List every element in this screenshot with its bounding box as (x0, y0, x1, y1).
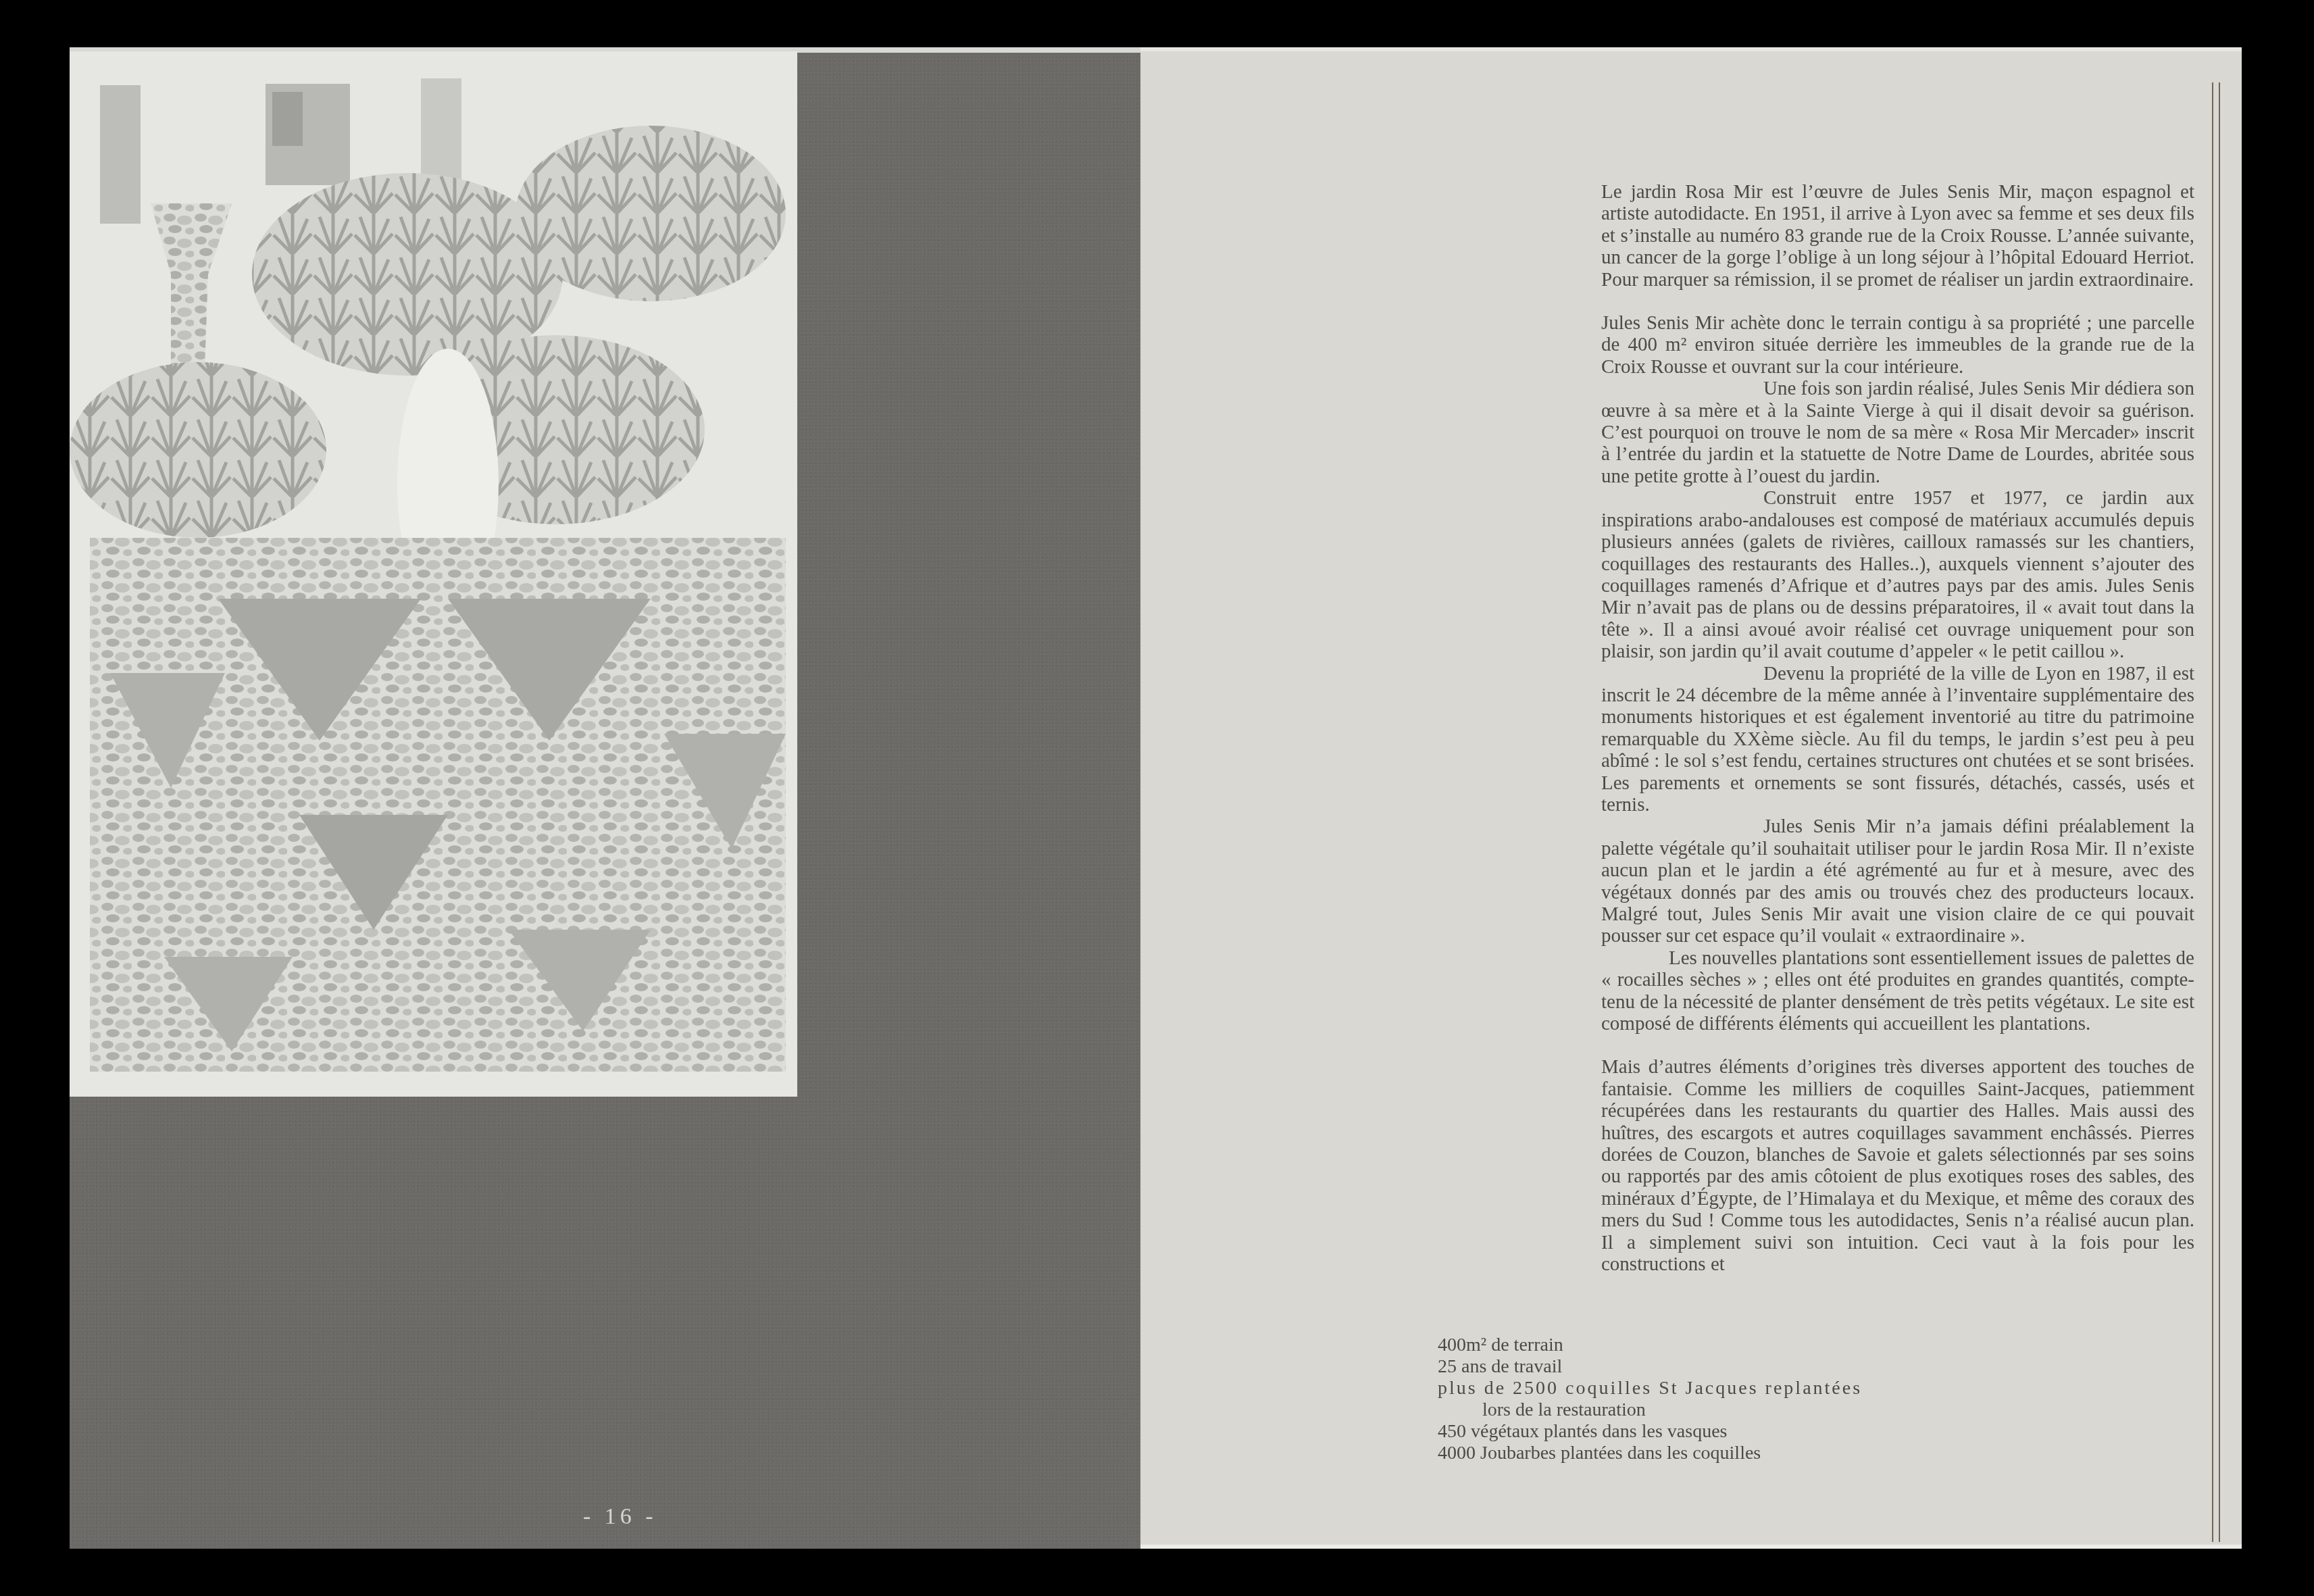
page-edge-line (2212, 82, 2213, 1542)
right-page: Le jardin Rosa Mir est l’œuvre de Jules … (1140, 47, 2242, 1549)
fact-item: plus de 2500 coquilles St Jacques replan… (1438, 1378, 1862, 1399)
page-bottom-edge (1140, 1545, 2242, 1549)
page-number: - 16 - (583, 1504, 657, 1530)
page-edge-line (2219, 82, 2220, 1542)
key-figures-list: 400m² de terrain 25 ans de travail plus … (1438, 1335, 1862, 1464)
left-page: - 16 - (70, 47, 1145, 1549)
paragraph-plant-palette: Jules Senis Mir n’a jamais défini préala… (1601, 816, 2194, 947)
paragraph-terrain: Jules Senis Mir achète donc le terrain c… (1601, 312, 2194, 378)
paragraph-intro: Le jardin Rosa Mir est l’œuvre de Jules … (1601, 181, 2194, 291)
fact-item-continuation: lors de la restauration (1438, 1399, 1862, 1421)
photo-illustration (70, 51, 797, 1097)
paragraph-construction: Construit entre 1957 et 1977, ce jardin … (1601, 487, 2194, 662)
paragraph-new-plantings: Les nouvelles plantations sont essentiel… (1601, 947, 2194, 1035)
fact-item: 450 végétaux plantés dans les vasques (1438, 1421, 1862, 1443)
paragraph-materials: Mais d’autres éléments d’origines très d… (1601, 1056, 2194, 1275)
paragraph-dedication: Une fois son jardin réalisé, Jules Senis… (1601, 378, 2194, 487)
fact-item: 400m² de terrain (1438, 1335, 1862, 1356)
fact-item: 4000 Joubarbes plantées dans les coquill… (1438, 1443, 1862, 1464)
garden-photograph (70, 51, 797, 1097)
fact-item: 25 ans de travail (1438, 1356, 1862, 1378)
page-top-edge (1140, 47, 2242, 51)
article-body: Le jardin Rosa Mir est l’œuvre de Jules … (1601, 181, 2194, 1276)
paragraph-heritage: Devenu la propriété de la ville de Lyon … (1601, 663, 2194, 816)
